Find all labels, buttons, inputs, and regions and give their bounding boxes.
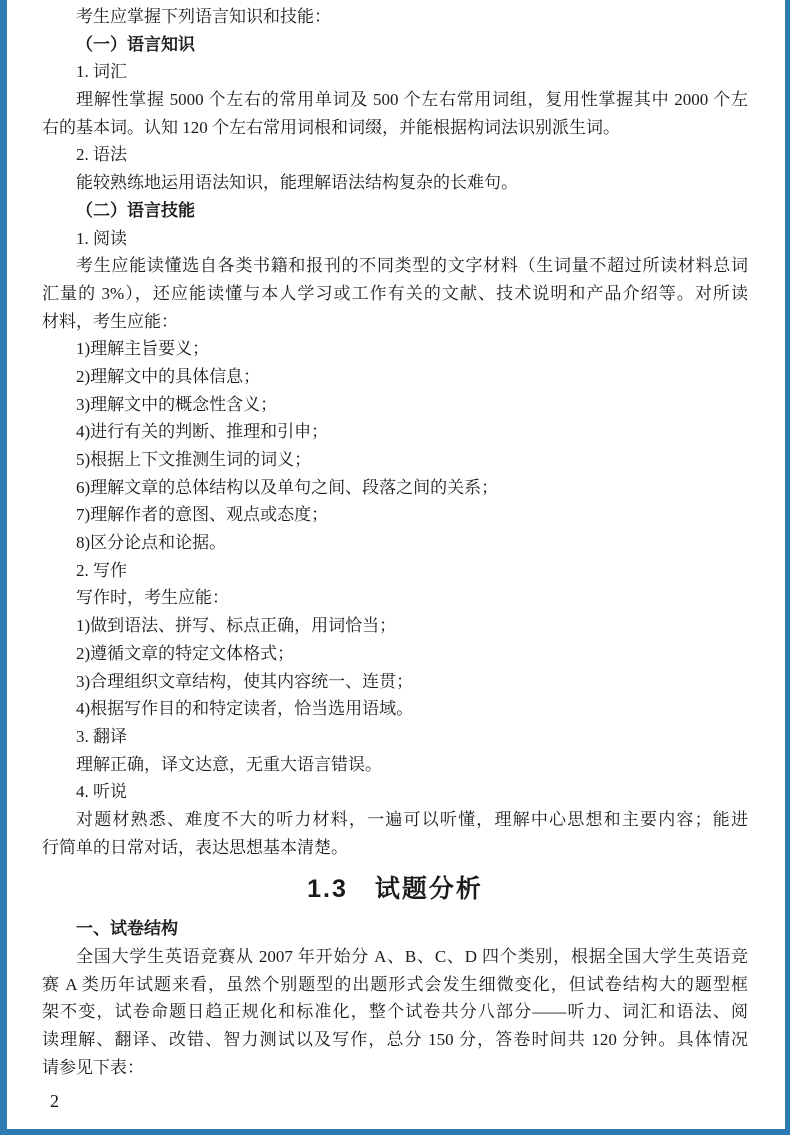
intro-line: 考生应掌握下列语言知识和技能： xyxy=(42,3,748,31)
paragraph-line: 材料，考生应能： xyxy=(42,308,748,336)
heading-language-skills: （二）语言技能 xyxy=(42,197,748,225)
paragraph-line: 理解性掌握 5000 个左右的常用单词及 500 个左右常用词组，复用性掌握其中… xyxy=(42,86,748,114)
paragraph-line: 对题材熟悉、难度不大的听力材料，一遍可以听懂，理解中心思想和主要内容；能进 xyxy=(42,806,748,834)
subheading-writing: 2. 写作 xyxy=(42,557,748,585)
subheading-reading: 1. 阅读 xyxy=(42,225,748,253)
list-item: 1)理解主旨要义； xyxy=(42,335,748,363)
page-background: { "page": { "page_number": "2", "colors"… xyxy=(0,0,790,1135)
list-item: 1)做到语法、拼写、标点正确，用词恰当； xyxy=(42,612,748,640)
paragraph-line: 右的基本词。认知 120 个左右常用词根和词缀，并能根据构词法识别派生词。 xyxy=(42,114,748,142)
list-item: 5)根据上下文推测生词的词义； xyxy=(42,446,748,474)
document-content: 考生应掌握下列语言知识和技能：（一）语言知识1. 词汇理解性掌握 5000 个左… xyxy=(7,0,785,1114)
paragraph-line: 请参见下表： xyxy=(42,1054,748,1082)
subheading-listening-speaking: 4. 听说 xyxy=(42,778,748,806)
subheading-vocabulary: 1. 词汇 xyxy=(42,58,748,86)
list-item: 3)合理组织文章结构，使其内容统一、连贯； xyxy=(42,668,748,696)
paragraph-line: 理解正确，译文达意，无重大语言错误。 xyxy=(42,751,748,779)
list-item: 8)区分论点和论据。 xyxy=(42,529,748,557)
paragraph-line: 行简单的日常对话，表达思想基本清楚。 xyxy=(42,834,748,862)
paragraph-line: 汇量的 3%），还应能读懂与本人学习或工作有关的文献、技术说明和产品介绍等。对所… xyxy=(42,280,748,308)
subheading-grammar: 2. 语法 xyxy=(42,141,748,169)
document-lines: 考生应掌握下列语言知识和技能：（一）语言知识1. 词汇理解性掌握 5000 个左… xyxy=(42,3,748,1081)
list-item: 6)理解文章的总体结构以及单句之间、段落之间的关系； xyxy=(42,474,748,502)
list-item: 7)理解作者的意图、观点或态度； xyxy=(42,501,748,529)
section-title: 1.3 试题分析 xyxy=(42,870,748,908)
subheading-translation: 3. 翻译 xyxy=(42,723,748,751)
paragraph-line: 考生应能读懂选自各类书籍和报刊的不同类型的文字材料（生词量不超过所读材料总词 xyxy=(42,252,748,280)
paragraph-line: 读理解、翻译、改错、智力测试以及写作，总分 150 分，答卷时间共 120 分钟… xyxy=(42,1026,748,1054)
document-page: 考生应掌握下列语言知识和技能：（一）语言知识1. 词汇理解性掌握 5000 个左… xyxy=(7,0,785,1129)
paragraph-line: 写作时，考生应能： xyxy=(42,584,748,612)
page-number: 2 xyxy=(42,1088,748,1114)
list-item: 3)理解文中的概念性含义； xyxy=(42,391,748,419)
list-item: 4)进行有关的判断、推理和引申； xyxy=(42,418,748,446)
paragraph-line: 架不变，试卷命题日趋正规化和标准化，整个试卷共分八部分——听力、词汇和语法、阅 xyxy=(42,998,748,1026)
list-item: 2)遵循文章的特定文体格式； xyxy=(42,640,748,668)
paragraph-line: 全国大学生英语竞赛从 2007 年开始分 A、B、C、D 四个类别，根据全国大学… xyxy=(42,943,748,971)
heading-language-knowledge: （一）语言知识 xyxy=(42,31,748,59)
paragraph-line: 赛 A 类历年试题来看，虽然个别题型的出题形式会发生细微变化，但试卷结构大的题型… xyxy=(42,971,748,999)
paragraph-line: 能较熟练地运用语法知识，能理解语法结构复杂的长难句。 xyxy=(42,169,748,197)
heading-paper-structure: 一、试卷结构 xyxy=(42,915,748,943)
list-item: 4)根据写作目的和特定读者，恰当选用语域。 xyxy=(42,695,748,723)
list-item: 2)理解文中的具体信息； xyxy=(42,363,748,391)
